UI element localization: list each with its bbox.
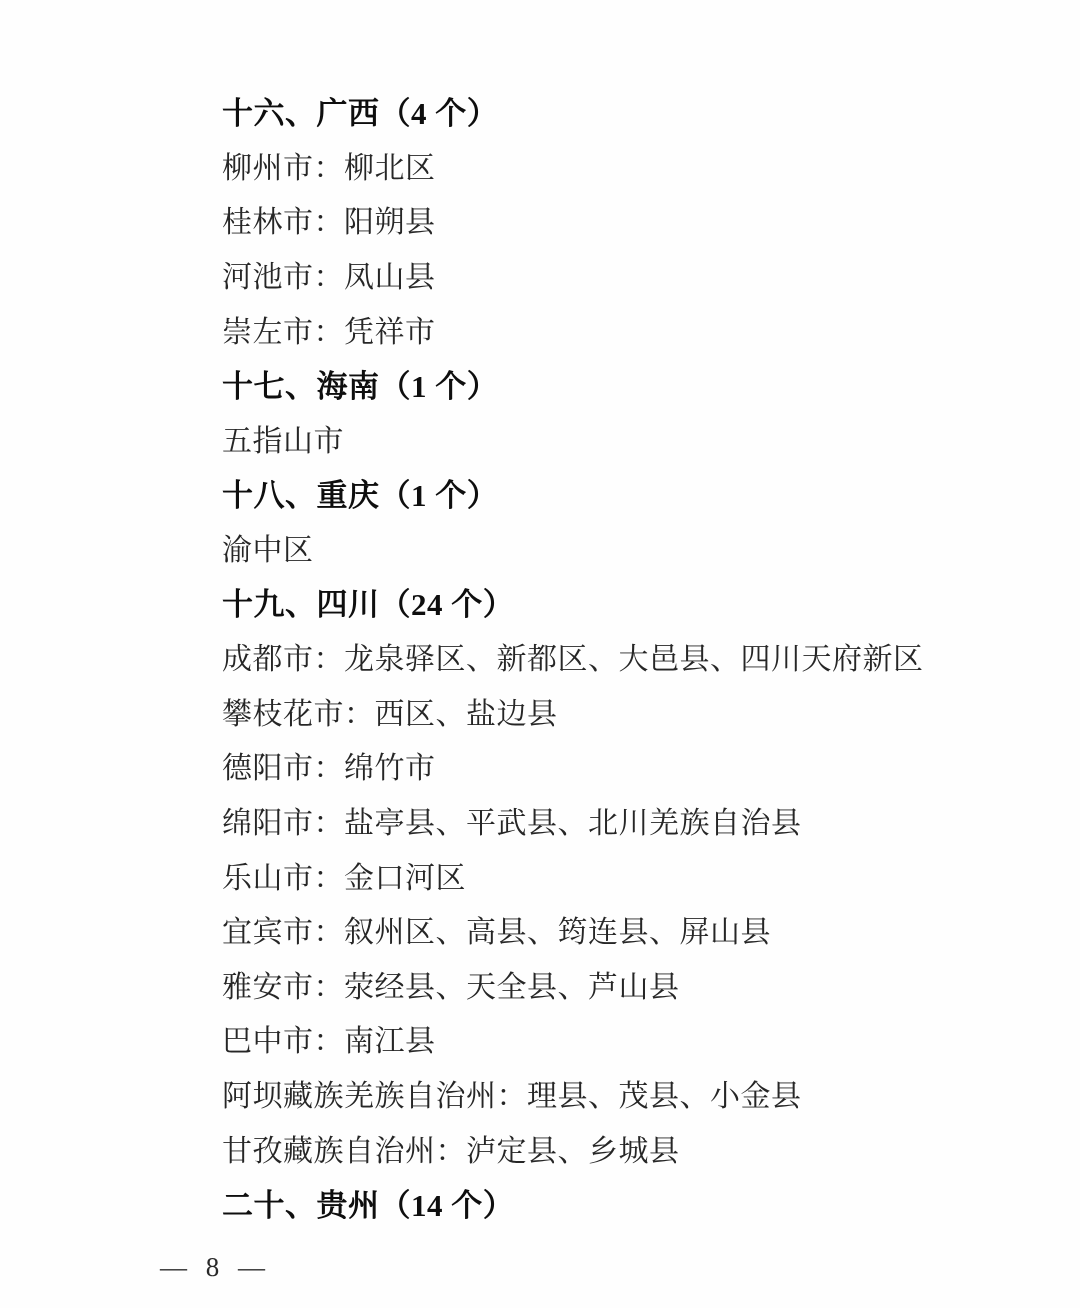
entry-line: 五指山市 [222,411,1020,466]
section-heading: 十六、广西（4 个） [222,83,1020,138]
entry-line: 渝中区 [222,520,1020,575]
entry-line: 成都市：龙泉驿区、新都区、大邑县、四川天府新区 [222,629,1020,684]
entry-line: 桂林市：阳朔县 [222,192,1020,247]
page-footer: — 8 — [160,1252,271,1283]
entry-line: 巴中市：南江县 [222,1011,1020,1066]
section-heading: 十八、重庆（1 个） [222,465,1020,520]
entry-line: 宜宾市：叙州区、高县、筠连县、屏山县 [222,902,1020,957]
entry-line: 河池市：凤山县 [222,247,1020,302]
section-18-chongqing: 十八、重庆（1 个） 渝中区 [222,465,1020,574]
entry-line: 乐山市：金口河区 [222,847,1020,902]
entry-line: 绵阳市：盐亭县、平武县、北川羌族自治县 [222,793,1020,848]
document-content: 十六、广西（4 个） 柳州市：柳北区 桂林市：阳朔县 河池市：凤山县 崇左市：凭… [222,83,1020,1229]
page-number: — 8 — [160,1252,271,1282]
section-heading: 十七、海南（1 个） [222,356,1020,411]
entry-line: 德阳市：绵竹市 [222,738,1020,793]
document-page: 十六、广西（4 个） 柳州市：柳北区 桂林市：阳朔县 河池市：凤山县 崇左市：凭… [0,0,1080,1308]
entry-line: 柳州市：柳北区 [222,138,1020,193]
entry-line: 甘孜藏族自治州：泸定县、乡城县 [222,1120,1020,1175]
entry-line: 崇左市：凭祥市 [222,301,1020,356]
section-heading: 二十、贵州（14 个） [222,1175,1020,1230]
section-16-guangxi: 十六、广西（4 个） 柳州市：柳北区 桂林市：阳朔县 河池市：凤山县 崇左市：凭… [222,83,1020,356]
entry-line: 雅安市：荥经县、天全县、芦山县 [222,957,1020,1012]
section-17-hainan: 十七、海南（1 个） 五指山市 [222,356,1020,465]
section-20-guizhou: 二十、贵州（14 个） [222,1175,1020,1230]
section-heading: 十九、四川（24 个） [222,574,1020,629]
section-19-sichuan: 十九、四川（24 个） 成都市：龙泉驿区、新都区、大邑县、四川天府新区 攀枝花市… [222,574,1020,1175]
entry-line: 攀枝花市：西区、盐边县 [222,684,1020,739]
entry-line: 阿坝藏族羌族自治州：理县、茂县、小金县 [222,1066,1020,1121]
